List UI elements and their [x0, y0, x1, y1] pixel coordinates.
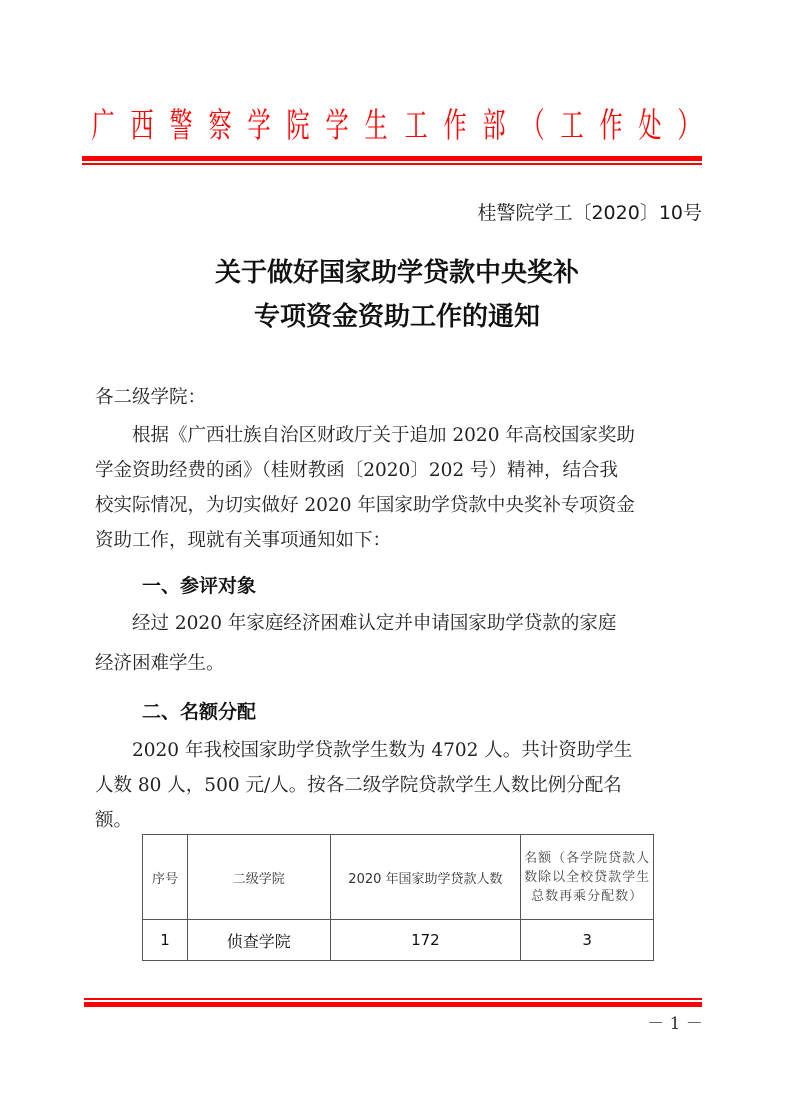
cell-college: 侦查学院	[187, 920, 330, 961]
org-name-char: 警	[170, 98, 193, 147]
org-name-char: ）	[677, 98, 700, 147]
org-name-char: 察	[209, 98, 232, 147]
org-name-char: （	[521, 98, 544, 147]
header-loan-count: 2020 年国家助学贷款人数	[330, 835, 521, 920]
footer-red-rule-thick	[84, 1002, 702, 1007]
paragraph-line: 根据《广西壮族自治区财政厅关于追加 2020 年高校国家奖助	[95, 418, 700, 453]
header-red-rule-thin	[82, 163, 702, 165]
document-title-line2: 专项资金资助工作的通知	[100, 296, 694, 333]
org-name: 广 西 警 察 学 院 学 生 工 作 部 （ 工 作 处 ）	[86, 92, 706, 152]
org-name-char: 部	[482, 98, 505, 147]
footer-red-rule-thin	[84, 998, 702, 1000]
allocation-table: 序号 二级学院 2020 年国家助学贷款人数 名额（各学院贷款人 数除以全校贷款…	[142, 834, 654, 961]
table-row: 1 侦查学院 172 3	[143, 920, 654, 961]
quota-paragraph: 2020 年我校国家助学贷款学生数为 4702 人。共计资助学生 人数 80 人…	[95, 733, 700, 838]
header-seq: 序号	[143, 835, 188, 920]
org-name-char: 工	[404, 98, 427, 147]
paragraph-line: 经济困难学生。	[95, 646, 700, 681]
header-quota-line: 总数再乘分配数）	[523, 887, 651, 906]
letterhead: 广 西 警 察 学 院 学 生 工 作 部 （ 工 作 处 ）	[86, 92, 706, 152]
org-name-char: 作	[599, 98, 622, 147]
org-name-char: 学	[248, 98, 271, 147]
paragraph-line: 经过 2020 年家庭经济困难认定并申请国家助学贷款的家庭	[95, 606, 700, 646]
header-red-rule-thick	[82, 156, 702, 161]
table-header-row: 序号 二级学院 2020 年国家助学贷款人数 名额（各学院贷款人 数除以全校贷款…	[143, 835, 654, 920]
paragraph-line: 资助工作，现就有关事项通知如下：	[95, 523, 700, 558]
paragraph-line: 学金资助经费的函》（桂财教函〔2020〕202 号）精神，结合我	[95, 453, 700, 488]
org-name-char: 院	[287, 98, 310, 147]
paragraph-line: 2020 年我校国家助学贷款学生数为 4702 人。共计资助学生	[95, 733, 700, 768]
document-number: 桂警院学工〔2020〕10号	[420, 198, 702, 225]
org-name-char: 工	[560, 98, 583, 147]
cell-seq: 1	[143, 920, 188, 961]
org-name-char: 西	[131, 98, 154, 147]
section-heading-quota: 二、名额分配	[142, 697, 256, 724]
header-college: 二级学院	[187, 835, 330, 920]
page-number: － 1 －	[640, 1009, 710, 1034]
org-name-char: 生	[365, 98, 388, 147]
org-name-char: 学	[326, 98, 349, 147]
header-quota: 名额（各学院贷款人 数除以全校贷款学生 总数再乘分配数）	[521, 835, 654, 920]
document-title-line1: 关于做好国家助学贷款中央奖补	[100, 252, 694, 289]
header-quota-line: 数除以全校贷款学生	[523, 868, 651, 887]
salutation: 各二级学院：	[95, 380, 700, 415]
org-name-char: 作	[443, 98, 466, 147]
intro-paragraph: 根据《广西壮族自治区财政厅关于追加 2020 年高校国家奖助 学金资助经费的函》…	[95, 418, 700, 558]
header-quota-line: 名额（各学院贷款人	[523, 849, 651, 868]
cell-loan-count: 172	[330, 920, 521, 961]
eligibility-paragraph: 经过 2020 年家庭经济困难认定并申请国家助学贷款的家庭 经济困难学生。	[95, 606, 700, 681]
section-heading-eligibility: 一、参评对象	[142, 571, 256, 598]
org-name-char: 广	[91, 98, 114, 147]
paragraph-line: 额。	[95, 803, 700, 838]
cell-quota: 3	[521, 920, 654, 961]
org-name-char: 处	[638, 98, 661, 147]
paragraph-line: 人数 80 人，500 元/人。按各二级学院贷款学生人数比例分配名	[95, 768, 700, 803]
paragraph-line: 校实际情况，为切实做好 2020 年国家助学贷款中央奖补专项资金	[95, 488, 700, 523]
